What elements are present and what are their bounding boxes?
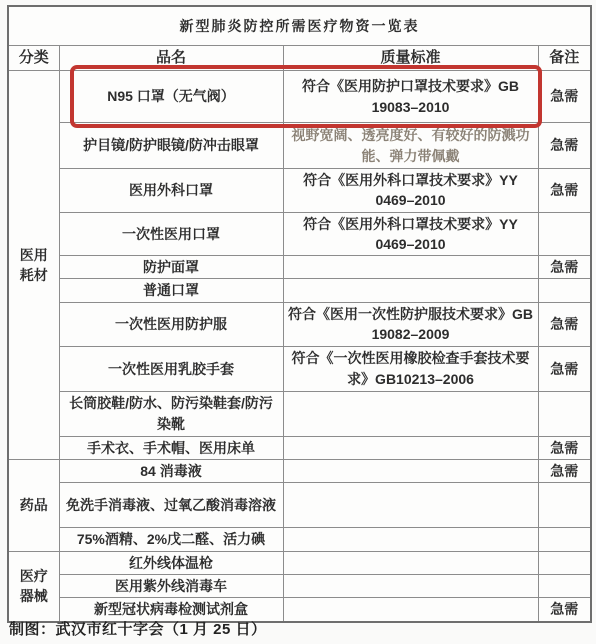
item-name: N95 口罩（无气阀） (59, 71, 283, 123)
item-name: 红外线体温枪 (59, 551, 283, 574)
category-cell-equipment: 医疗器械 (8, 551, 59, 621)
item-note: 急需 (538, 460, 591, 483)
item-standard (283, 574, 538, 597)
item-name: 护目镜/防护眼镜/防冲击眼罩 (59, 123, 283, 169)
table-row: 一次性医用防护服 符合《医用一次性防护服技术要求》GB 19082–2009 急… (8, 302, 591, 346)
item-note: 急需 (538, 302, 591, 346)
col-header-standard: 质量标准 (283, 46, 538, 71)
item-note (538, 551, 591, 574)
item-name: 长筒胶鞋/防水、防污染鞋套/防污染靴 (59, 391, 283, 436)
item-standard: 符合《医用一次性防护服技术要求》GB 19082–2009 (283, 302, 538, 346)
item-standard (283, 598, 538, 622)
item-standard (283, 551, 538, 574)
item-note: 急需 (538, 256, 591, 279)
item-name: 手术衣、手术帽、医用床单 (59, 436, 283, 459)
item-standard (283, 279, 538, 302)
page-title: 新型肺炎防控所需医疗物资一览表 (8, 6, 591, 46)
item-name: 医用紫外线消毒车 (59, 574, 283, 597)
item-name: 医用外科口罩 (59, 169, 283, 213)
table-row: 普通口罩 (8, 279, 591, 302)
item-note: 急需 (538, 71, 591, 123)
table-row: 一次性医用口罩 符合《医用外科口罩技术要求》YY 0469–2010 (8, 212, 591, 256)
item-standard (283, 391, 538, 436)
item-standard: 符合《一次性医用橡胶检查手套技术要求》GB10213–2006 (283, 346, 538, 391)
item-standard: 符合《医用防护口罩技术要求》GB 19083–2010 (283, 71, 538, 123)
item-name: 一次性医用乳胶手套 (59, 346, 283, 391)
category-cell-medicine: 药品 (8, 460, 59, 552)
item-note (538, 279, 591, 302)
header-row: 分类 品名 质量标准 备注 (8, 46, 591, 71)
item-name: 一次性医用防护服 (59, 302, 283, 346)
title-row: 新型肺炎防控所需医疗物资一览表 (8, 6, 591, 46)
table-row: 75%酒精、2%戊二醛、活力碘 (8, 528, 591, 551)
table-row: 一次性医用乳胶手套 符合《一次性医用橡胶检查手套技术要求》GB10213–200… (8, 346, 591, 391)
item-note (538, 391, 591, 436)
item-standard (283, 528, 538, 551)
credit-line: 制图：武汉市红十字会（1 月 25 日） (9, 618, 267, 639)
item-name: 75%酒精、2%戊二醛、活力碘 (59, 528, 283, 551)
table-row: 手术衣、手术帽、医用床单 急需 (8, 436, 591, 459)
document-page: 新型肺炎防控所需医疗物资一览表 分类 品名 质量标准 备注 医用耗材 N95 口… (0, 0, 596, 644)
item-note: 急需 (538, 346, 591, 391)
item-note: 急需 (538, 123, 591, 169)
table-row: 免洗手消毒液、过氧乙酸消毒溶液 (8, 483, 591, 528)
item-note (538, 528, 591, 551)
item-standard (283, 436, 538, 459)
item-note: 急需 (538, 598, 591, 622)
table-row: 长筒胶鞋/防水、防污染鞋套/防污染靴 (8, 391, 591, 436)
item-name: 普通口罩 (59, 279, 283, 302)
table-row: 药品 84 消毒液 急需 (8, 460, 591, 483)
category-cell-consumables: 医用耗材 (8, 71, 59, 460)
item-standard (283, 483, 538, 528)
item-note (538, 212, 591, 256)
table-row: 护目镜/防护眼镜/防冲击眼罩 视野宽阔、透亮度好、有较好的防溅功能、弹力带佩戴 … (8, 123, 591, 169)
item-note: 急需 (538, 169, 591, 213)
item-note (538, 574, 591, 597)
item-note: 急需 (538, 436, 591, 459)
item-name: 免洗手消毒液、过氧乙酸消毒溶液 (59, 483, 283, 528)
item-standard: 符合《医用外科口罩技术要求》YY 0469–2010 (283, 212, 538, 256)
table-row: 防护面罩 急需 (8, 256, 591, 279)
col-header-category: 分类 (8, 46, 59, 71)
col-header-note: 备注 (538, 46, 591, 71)
item-standard (283, 460, 538, 483)
table-row: 医用耗材 N95 口罩（无气阀） 符合《医用防护口罩技术要求》GB 19083–… (8, 71, 591, 123)
item-note (538, 483, 591, 528)
item-name: 防护面罩 (59, 256, 283, 279)
table-row: 医疗器械 红外线体温枪 (8, 551, 591, 574)
col-header-name: 品名 (59, 46, 283, 71)
item-name: 84 消毒液 (59, 460, 283, 483)
table-row: 医用紫外线消毒车 (8, 574, 591, 597)
table-row: 医用外科口罩 符合《医用外科口罩技术要求》YY 0469–2010 急需 (8, 169, 591, 213)
item-standard (283, 256, 538, 279)
item-standard: 视野宽阔、透亮度好、有较好的防溅功能、弹力带佩戴 (283, 123, 538, 169)
supplies-table: 新型肺炎防控所需医疗物资一览表 分类 品名 质量标准 备注 医用耗材 N95 口… (7, 5, 592, 623)
item-name: 一次性医用口罩 (59, 212, 283, 256)
item-standard: 符合《医用外科口罩技术要求》YY 0469–2010 (283, 169, 538, 213)
